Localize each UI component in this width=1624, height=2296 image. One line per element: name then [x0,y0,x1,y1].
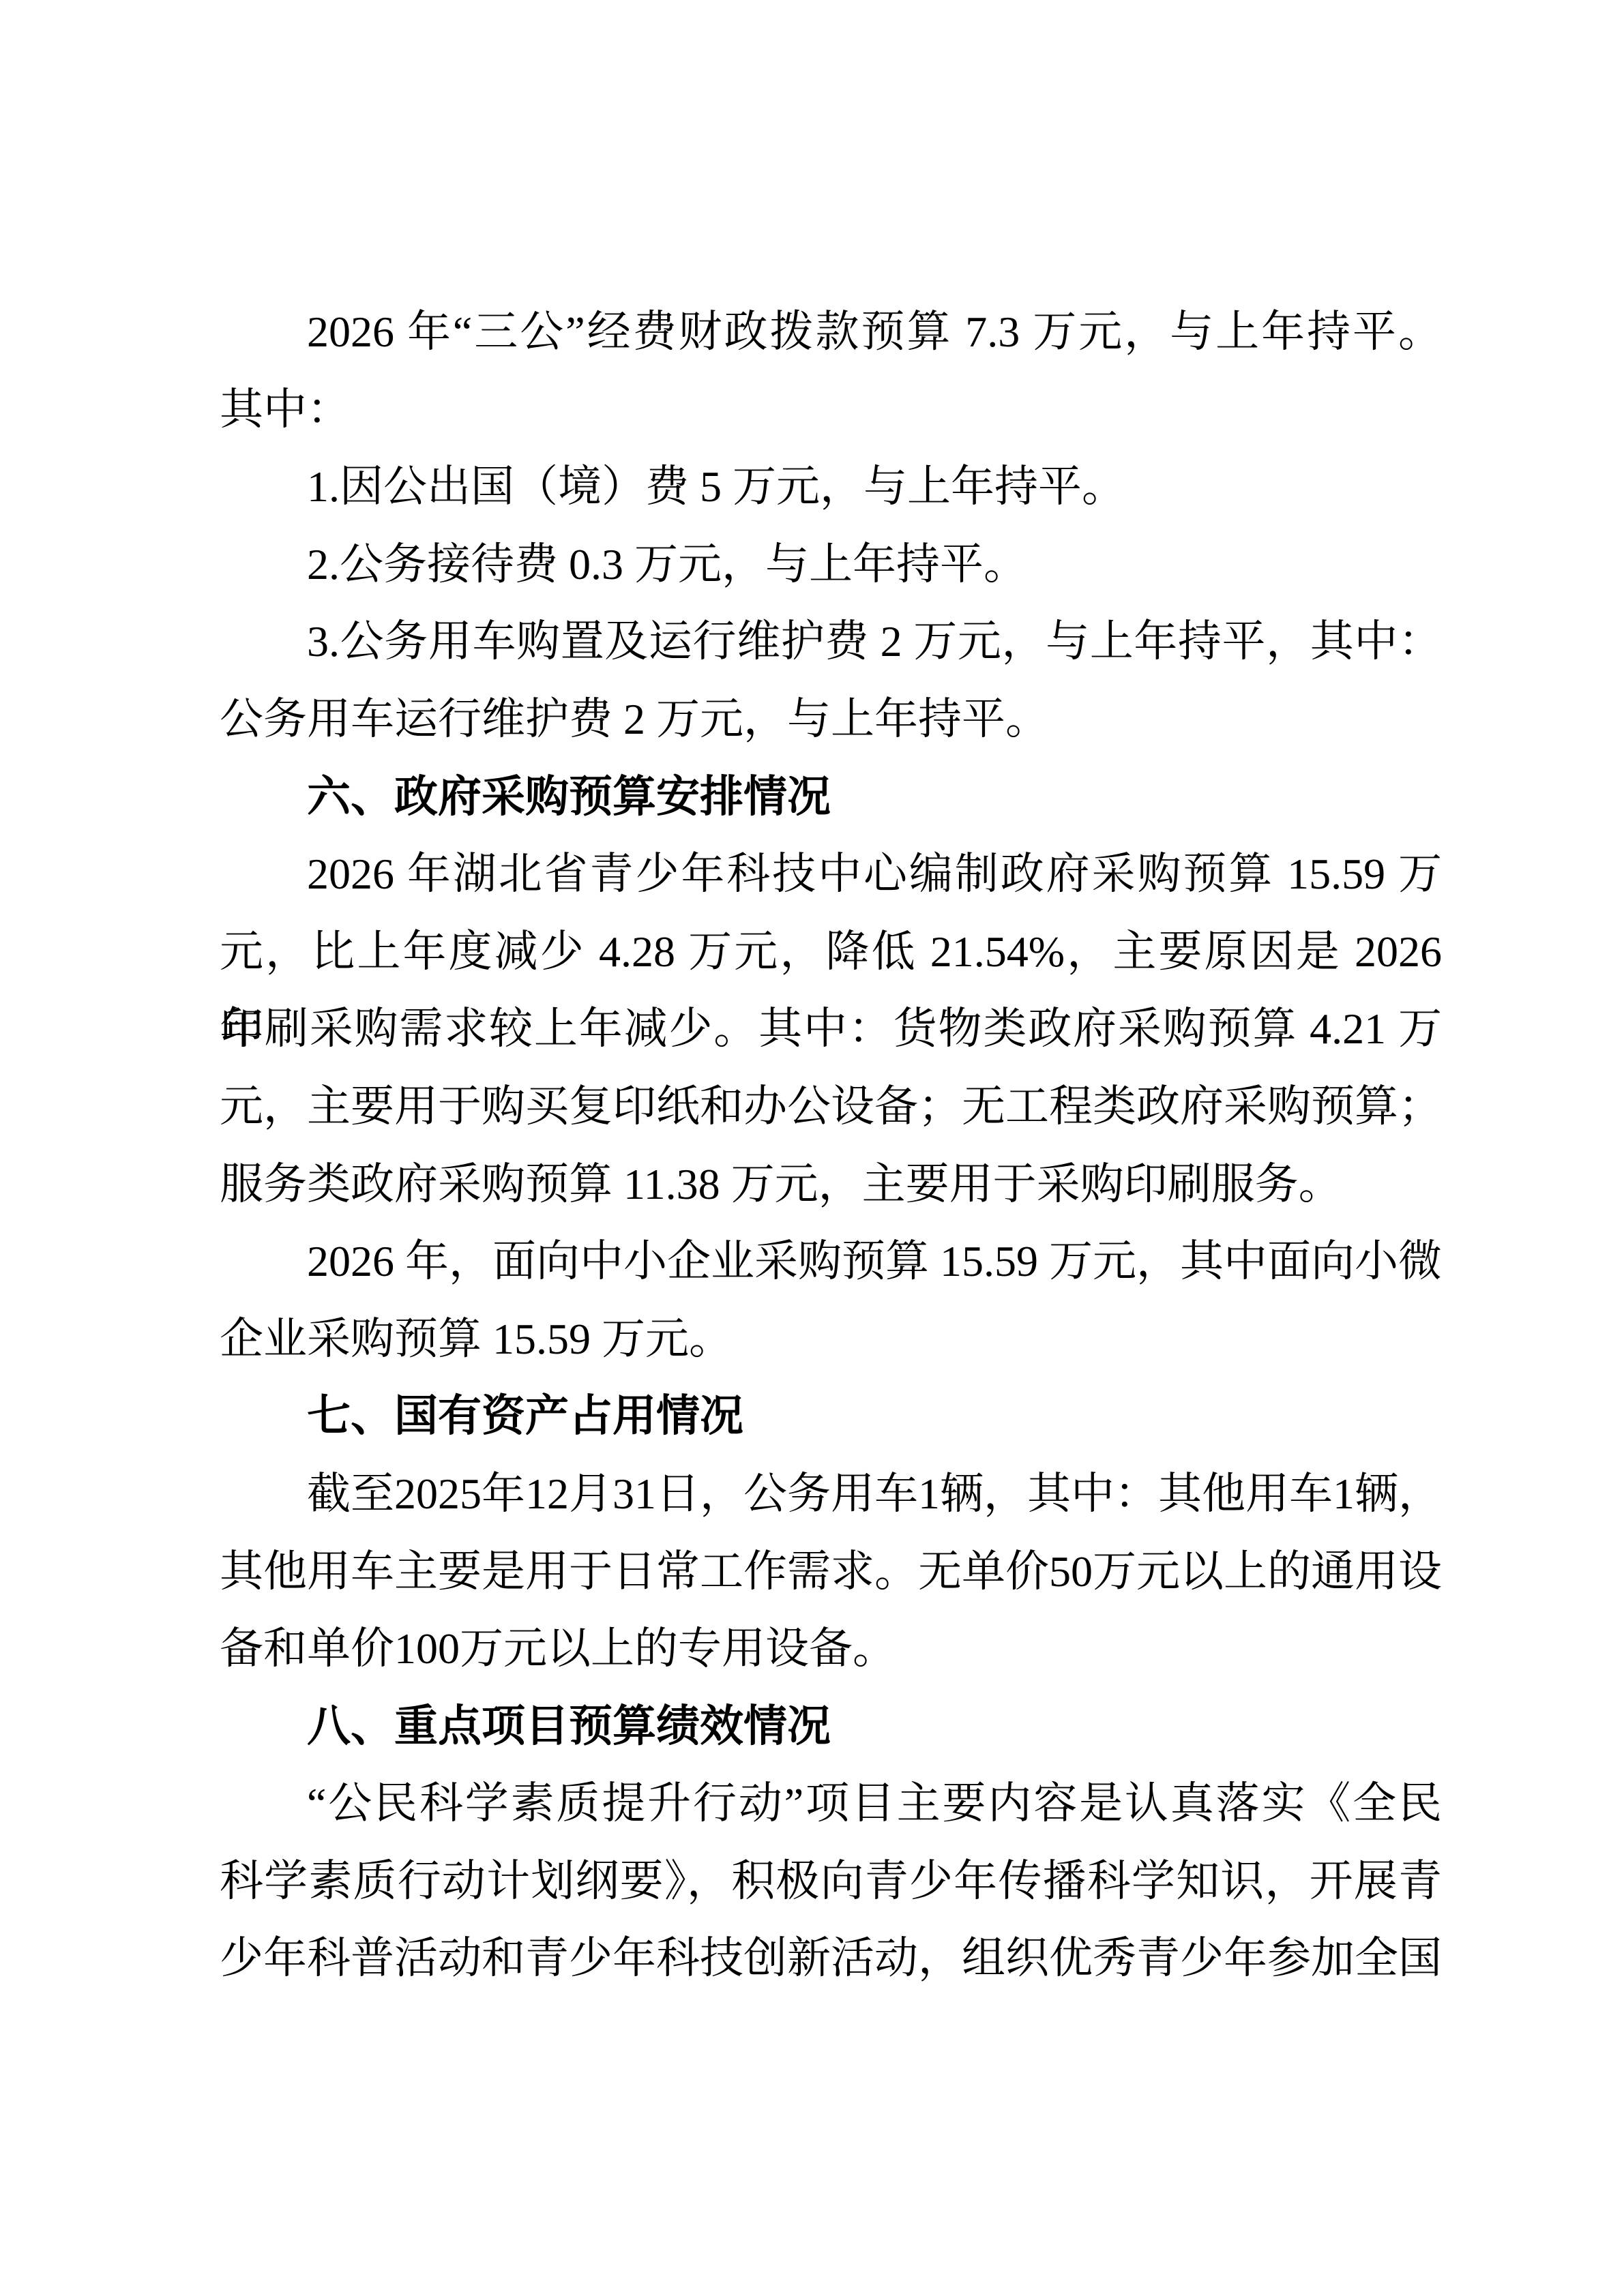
doc-line: 2026 年湖北省青少年科技中心编制政府采购预算 15.59 万 [220,835,1442,913]
doc-line: 元，比上年度减少 4.28 万元，降低 21.54%，主要原因是 2026 年 [220,913,1442,991]
document-page: 2026 年“三公”经费财政拨款预算 7.3 万元，与上年持平。 其中： 1.因… [0,0,1624,2296]
doc-line: 备和单价100万元以上的专用设备。 [220,1610,1442,1688]
doc-line: 2026 年，面向中小企业采购预算 15.59 万元，其中面向小微 [220,1223,1442,1300]
doc-line: 印刷采购需求较上年减少。其中：货物类政府采购预算 4.21 万 [220,990,1442,1068]
doc-line: 企业采购预算 15.59 万元。 [220,1300,1442,1378]
doc-line: 其他用车主要是用于日常工作需求。无单价50万元以上的通用设 [220,1533,1442,1611]
doc-line: 2.公务接待费 0.3 万元，与上年持平。 [220,526,1442,603]
doc-line: 截至2025年12月31日，公务用车1辆，其中：其他用车1辆， [220,1455,1442,1533]
doc-line: 元，主要用于购买复印纸和办公设备；无工程类政府采购预算； [220,1068,1442,1146]
doc-line: 1.因公出国（境）费 5 万元，与上年持平。 [220,448,1442,526]
doc-line: 公务用车运行维护费 2 万元，与上年持平。 [220,681,1442,758]
doc-line: 科学素质行动计划纲要》，积极向青少年传播科学知识，开展青 [220,1843,1442,1920]
document-body: 2026 年“三公”经费财政拨款预算 7.3 万元，与上年持平。 其中： 1.因… [220,293,1442,1997]
doc-line: “公民科学素质提升行动”项目主要内容是认真落实《全民 [220,1765,1442,1843]
doc-line: 2026 年“三公”经费财政拨款预算 7.3 万元，与上年持平。 [220,293,1442,371]
section-heading-7: 七、国有资产占用情况 [220,1377,1442,1455]
doc-line: 3.公务用车购置及运行维护费 2 万元，与上年持平，其中： [220,603,1442,681]
section-heading-8: 八、重点项目预算绩效情况 [220,1688,1442,1765]
doc-line: 服务类政府采购预算 11.38 万元，主要用于采购印刷服务。 [220,1146,1442,1223]
doc-line: 其中： [220,371,1442,449]
section-heading-6: 六、政府采购预算安排情况 [220,758,1442,836]
doc-line: 少年科普活动和青少年科技创新活动，组织优秀青少年参加全国 [220,1920,1442,1997]
